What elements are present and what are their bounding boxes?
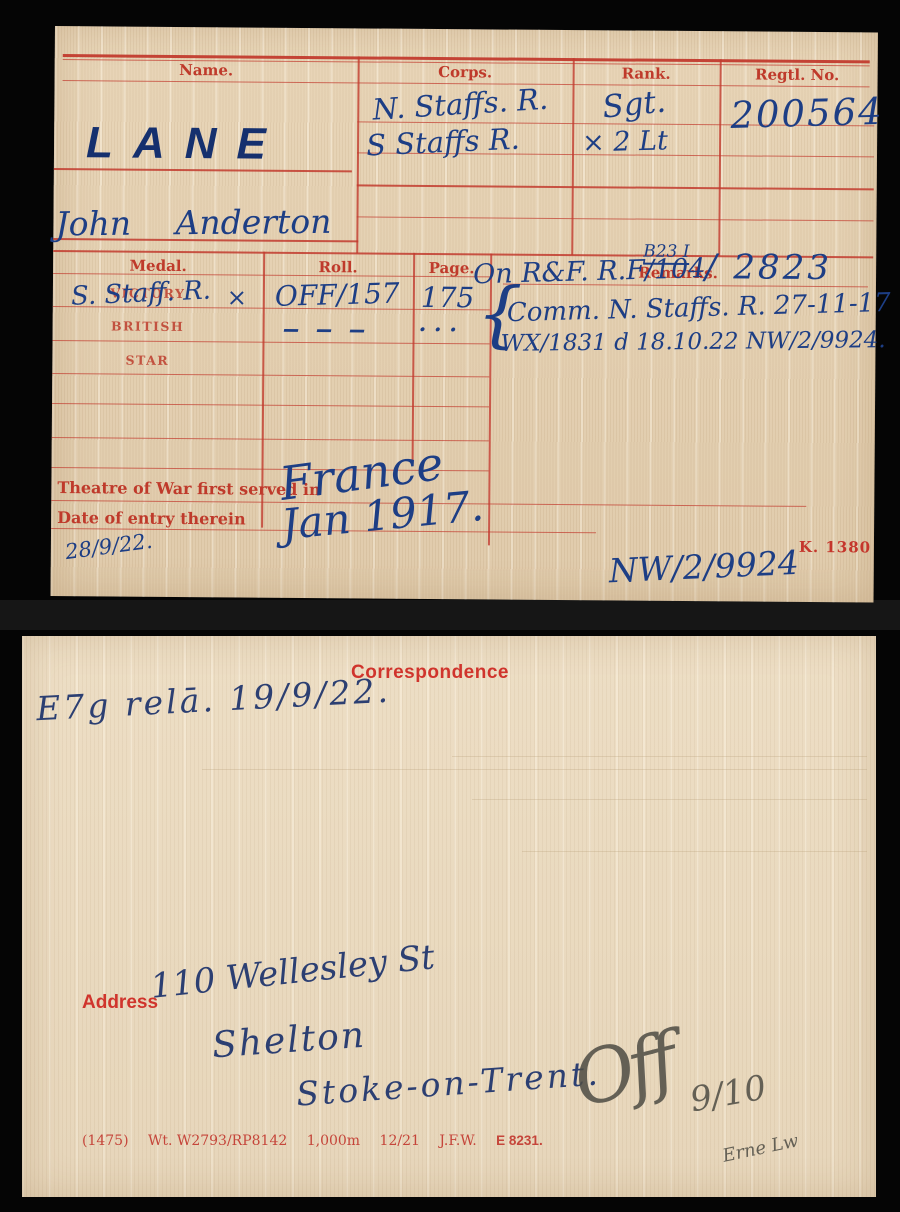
imprint-form-number: E 8231. <box>496 1133 543 1148</box>
address-line-2: Shelton <box>211 1015 367 1067</box>
page-value-1: 175 <box>421 281 475 314</box>
medal-index-card-back: Correspondence E7g relā. 19/9/22. Addres… <box>22 636 876 1197</box>
remarks-line2: Comm. N. Staffs. R. 27-11-17 <box>506 288 891 328</box>
pencil-date-scrawl: 9/10 <box>687 1068 769 1121</box>
medal-row-line <box>52 373 489 377</box>
scan-background: Name. Corps. Rank. Regtl. No. LANE John … <box>0 0 900 1212</box>
surname-value: LANE <box>86 118 286 170</box>
date-of-entry-label: Date of entry therein <box>57 508 246 528</box>
imprint-part: 12/21 <box>380 1133 420 1149</box>
page-value-2: · · · <box>419 317 457 343</box>
medal-index-card-front: Name. Corps. Rank. Regtl. No. LANE John … <box>51 26 878 602</box>
forenames-value: John Anderton <box>55 202 331 244</box>
corps-column-header: Corps. <box>358 62 573 82</box>
scanner-gap-band <box>0 600 900 630</box>
ruled-line <box>357 184 874 190</box>
imprint-part: Wt. W2793/RP8142 <box>148 1133 287 1149</box>
divider-roll-page <box>412 253 416 466</box>
reference-number: NW/2/9924 <box>608 543 800 590</box>
imprint-part: J.F.W. <box>439 1133 476 1149</box>
remarks-line1-superscript: B23 I <box>643 242 689 265</box>
divider-rank-regtl <box>718 59 722 256</box>
show-through-line <box>202 769 867 770</box>
show-through-line <box>452 756 867 757</box>
divider-corps-rank <box>571 58 575 255</box>
corps-value-2: S Staffs R. <box>365 122 520 163</box>
address-line-3: Stoke-on-Trent. <box>295 1053 602 1113</box>
imprint-part: (1475) <box>82 1133 129 1149</box>
address-line-1: 110 Wellesley St <box>149 937 437 1007</box>
roll-value-1: OFF/157 <box>274 277 400 313</box>
show-through-line <box>472 799 867 800</box>
rank-column-header: Rank. <box>573 64 720 83</box>
medal-header: Medal. <box>53 256 263 276</box>
regtl-no-column-header: Regtl. No. <box>720 65 875 84</box>
rank-value-2: × 2 Lt <box>582 125 669 158</box>
pencil-initials-scrawl: Off <box>565 1017 680 1124</box>
roll-header: Roll. <box>263 258 413 277</box>
imprint-part: 1,000m <box>307 1133 360 1149</box>
show-through-line <box>522 851 867 852</box>
ruled-line <box>357 216 874 221</box>
regtl-no-value: 200564 <box>730 90 884 137</box>
correspondence-note: E7g relā. 19/9/22. <box>35 671 391 729</box>
date-note: 28/9/22. <box>64 529 154 564</box>
address-label: Address <box>82 992 158 1014</box>
rank-value-1: Sgt. <box>601 84 668 126</box>
form-stamp: K. 1380 <box>799 538 871 557</box>
name-column-header: Name. <box>55 60 358 80</box>
printers-imprint: (1475) Wt. W2793/RP8142 1,000m 12/21 J.F… <box>82 1133 558 1149</box>
corps-value-1: N. Staffs. R. <box>372 82 549 127</box>
medal-annotation: S. Staff. R. <box>70 276 211 312</box>
medal-row-british-label: BRITISH <box>53 318 243 334</box>
remarks-line3: WX/1831 d 18.10.22 NW/2/9924. <box>500 327 885 357</box>
medal-row-line <box>52 403 489 407</box>
remarks-line1-suffix: / 2823 <box>705 247 832 288</box>
medal-annotation-cross: × <box>227 283 247 311</box>
medal-row-star-label: STAR <box>52 352 242 368</box>
divider-name-corps <box>356 56 360 253</box>
pencil-small-note: Erne Lw <box>721 1130 801 1167</box>
roll-value-2: ‒ ‒ ‒ <box>283 314 370 344</box>
